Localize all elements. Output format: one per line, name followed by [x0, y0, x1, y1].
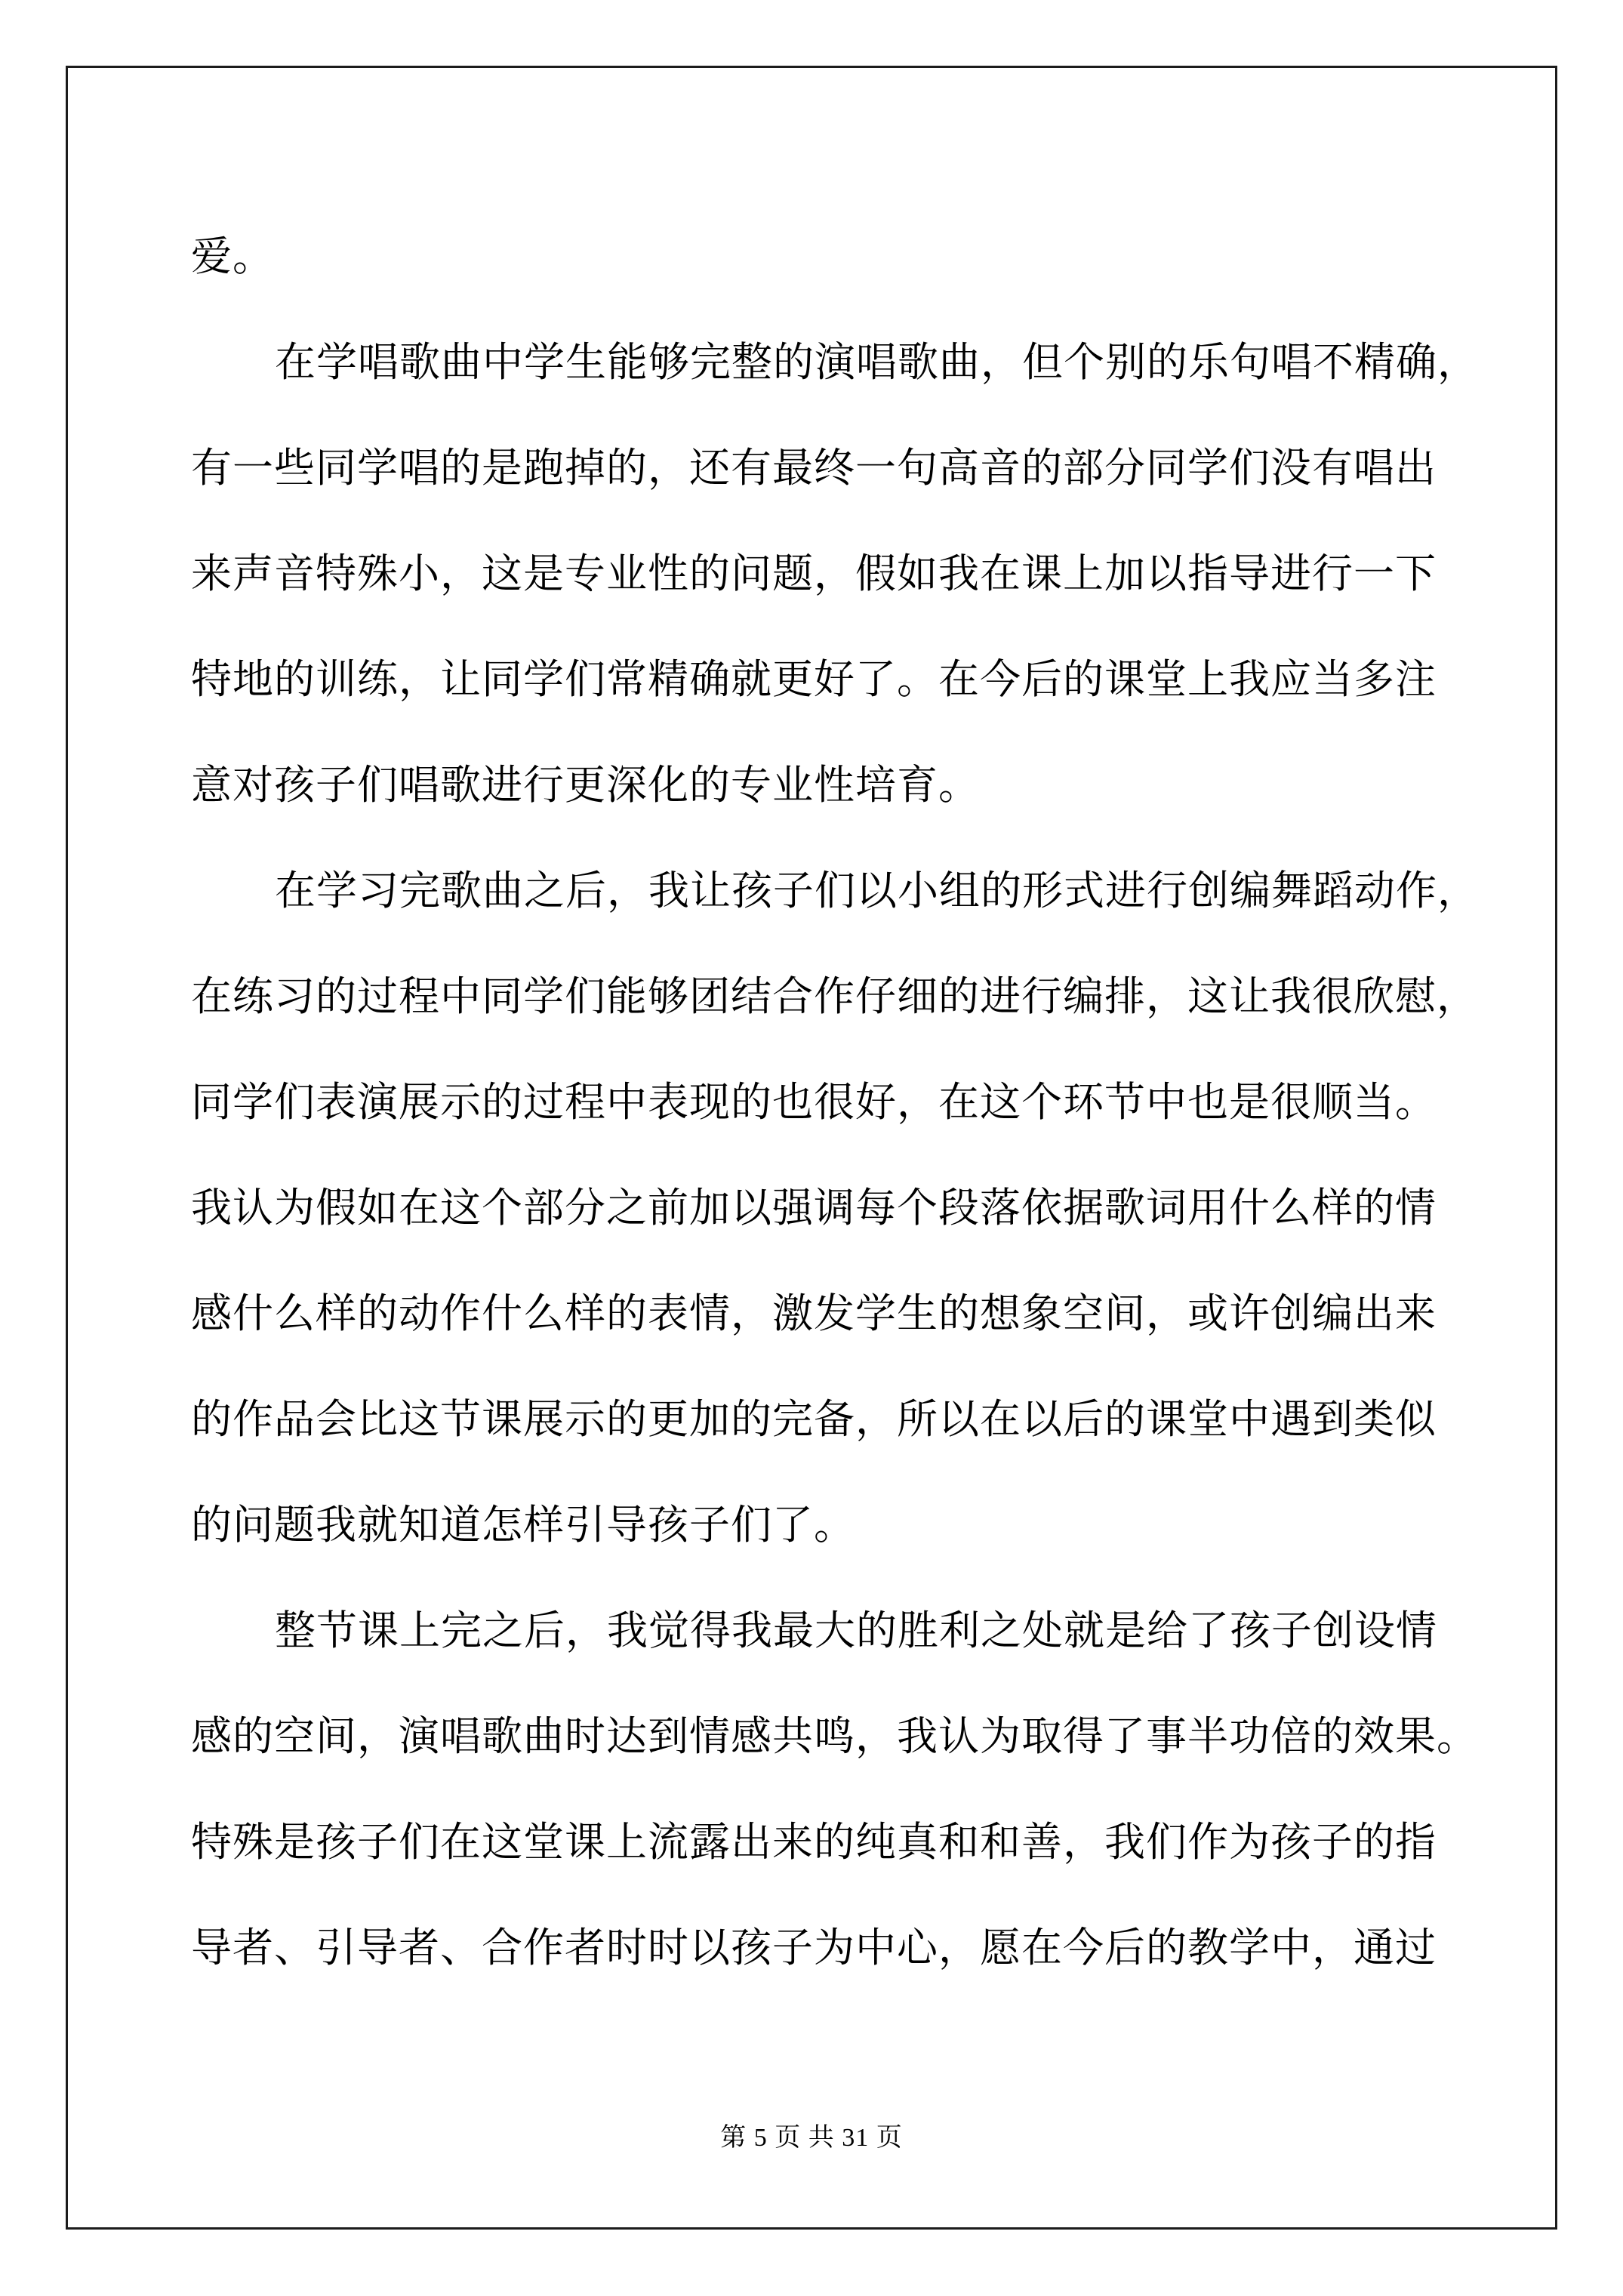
text-line: 我认为假如在这个部分之前加以强调每个段落依据歌词用什么样的情 [191, 1155, 1489, 1261]
text-line: 的问题我就知道怎样引导孩子们了。 [191, 1472, 1489, 1578]
text-line: 同学们表演展示的过程中表现的也很好，在这个环节中也是很顺当。 [191, 1049, 1489, 1155]
text-line: 在学唱歌曲中学生能够完整的演唱歌曲，但个别的乐句唱不精确， [191, 310, 1489, 415]
text-line: 特殊是孩子们在这堂课上流露出来的纯真和和善，我们作为孩子的指 [191, 1789, 1489, 1895]
text-line: 来声音特殊小，这是专业性的问题，假如我在课上加以指导进行一下 [191, 521, 1489, 627]
text-line: 在练习的过程中同学们能够团结合作仔细的进行编排，这让我很欣慰， [191, 944, 1489, 1049]
text-line: 感什么样的动作什么样的表情，激发学生的想象空间，或许创编出来 [191, 1261, 1489, 1367]
text-line: 爱。 [191, 204, 1489, 310]
text-line: 有一些同学唱的是跑掉的，还有最终一句高音的部分同学们没有唱出 [191, 415, 1489, 521]
text-line: 感的空间，演唱歌曲时达到情感共鸣，我认为取得了事半功倍的效果。 [191, 1684, 1489, 1789]
text-line: 整节课上完之后，我觉得我最大的胜利之处就是给了孩子创设情 [191, 1578, 1489, 1684]
paragraph-4: 整节课上完之后，我觉得我最大的胜利之处就是给了孩子创设情 感的空间，演唱歌曲时达… [191, 1578, 1489, 2001]
text-line: 意对孩子们唱歌进行更深化的专业性培育。 [191, 732, 1489, 838]
paragraph-1: 爱。 [191, 204, 1489, 310]
text-line: 导者、引导者、合作者时时以孩子为中心，愿在今后的教学中，通过 [191, 1895, 1489, 2001]
paragraph-3: 在学习完歌曲之后，我让孩子们以小组的形式进行创编舞蹈动作， 在练习的过程中同学们… [191, 838, 1489, 1578]
document-page: 爱。 在学唱歌曲中学生能够完整的演唱歌曲，但个别的乐句唱不精确， 有一些同学唱的… [0, 0, 1623, 2296]
text-line: 在学习完歌曲之后，我让孩子们以小组的形式进行创编舞蹈动作， [191, 838, 1489, 944]
paragraph-2: 在学唱歌曲中学生能够完整的演唱歌曲，但个别的乐句唱不精确， 有一些同学唱的是跑掉… [191, 310, 1489, 838]
text-line: 的作品会比这节课展示的更加的完备，所以在以后的课堂中遇到类似 [191, 1367, 1489, 1472]
page-footer: 第 5 页 共 31 页 [66, 2123, 1557, 2153]
page-number-text: 第 5 页 共 31 页 [720, 2124, 903, 2152]
text-line: 特地的训练，让同学们常精确就更好了。在今后的课堂上我应当多注 [191, 627, 1489, 732]
document-body: 爱。 在学唱歌曲中学生能够完整的演唱歌曲，但个别的乐句唱不精确， 有一些同学唱的… [191, 204, 1489, 2001]
